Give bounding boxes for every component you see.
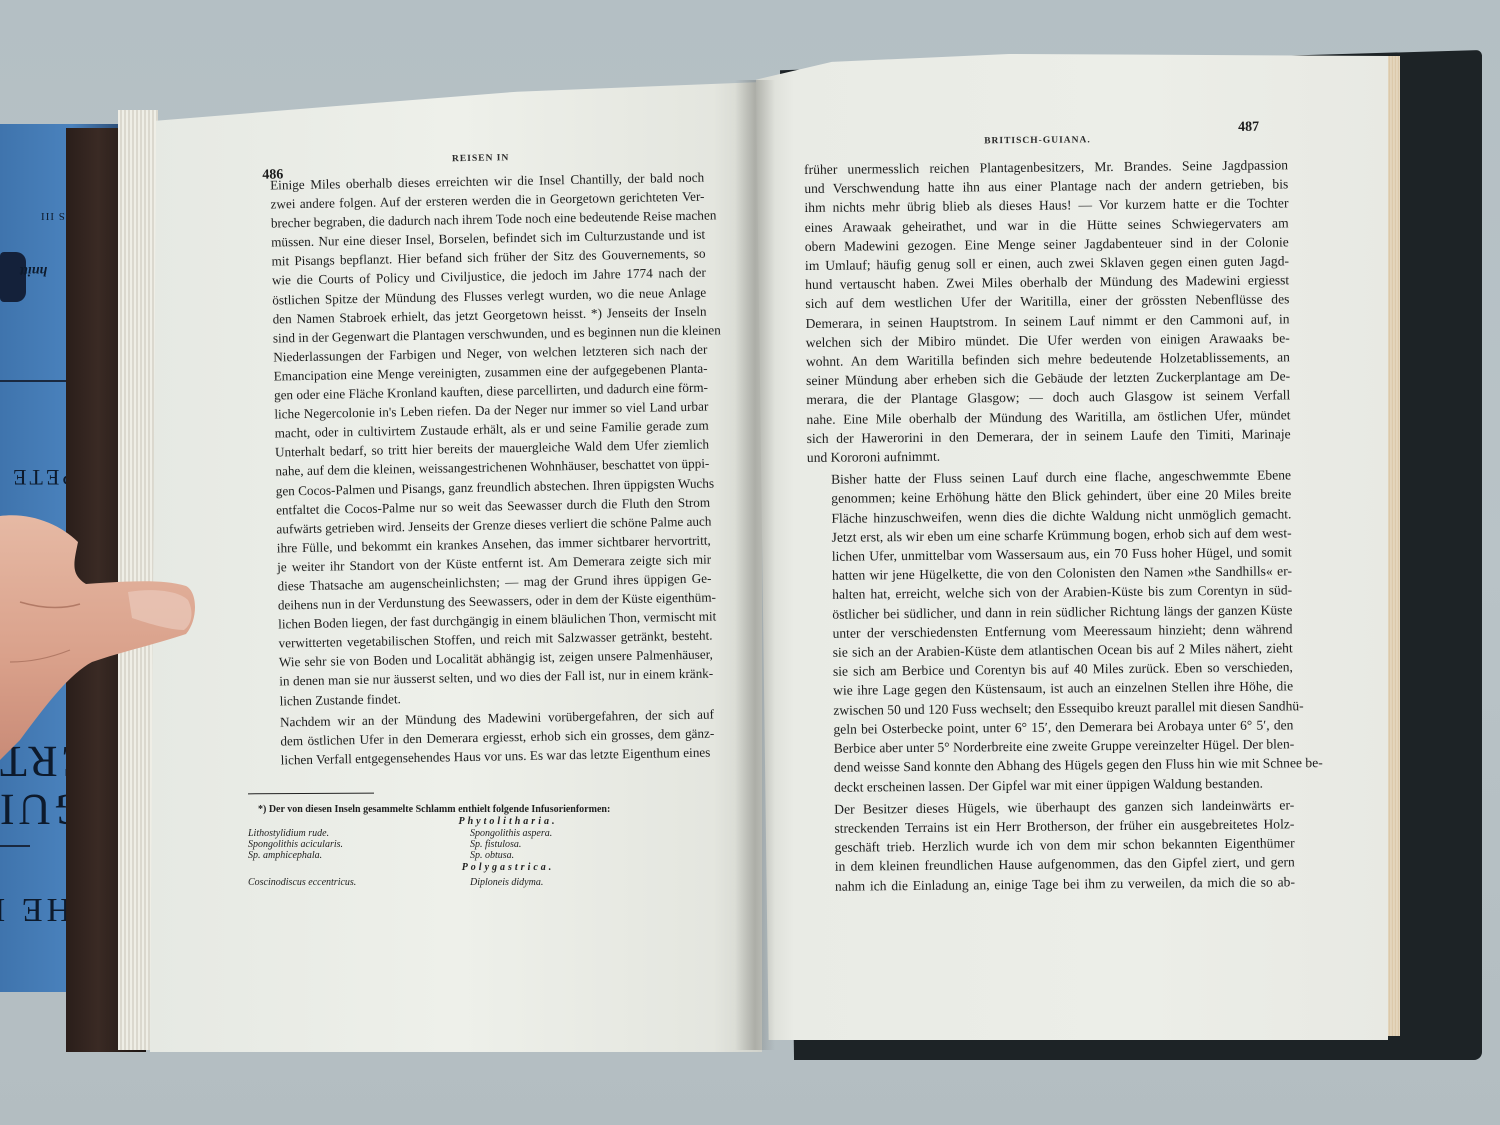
species-name: Sp. amphicephala. <box>248 850 470 861</box>
paragraph: früher unermesslich reichen Plantagenbes… <box>804 155 1291 467</box>
footnote-group-title: Phytolitharia. <box>248 816 708 827</box>
species-name: Coscinodiscus eccentricus. <box>248 877 470 888</box>
species-name: Spongolithis aspera. <box>470 828 552 839</box>
paragraph: Der Besitzer dieses Hügels, wie überhaup… <box>810 795 1295 896</box>
blue-book-text: PETE <box>10 464 75 490</box>
species-name: Lithostylidium rude. <box>248 828 470 839</box>
paragraph: Nachdem wir an der Mündung des Madewini … <box>256 704 715 770</box>
species-name: Sp. fistulosa. <box>470 839 521 850</box>
footnote-intro: *) Der von diesen Inseln gesammelte Schl… <box>248 804 708 815</box>
paragraph: Einige Miles oberhalb dieses erreichten … <box>246 168 714 711</box>
species-name: Spongolithis acicularis. <box>248 839 470 850</box>
running-head: REISEN IN <box>452 153 509 164</box>
blue-book-text: hnitt <box>20 262 47 278</box>
blue-book-rule <box>0 845 30 847</box>
species-name: Diploneis didyma. <box>470 877 543 888</box>
left-page-body: Einige Miles oberhalb dieses erreichten … <box>246 168 715 770</box>
page-number: 487 <box>1238 120 1259 136</box>
footnote-row: Sp. amphicephala. Sp. obtusa. <box>248 850 708 861</box>
text-line: und Kororoni aufnimmt. <box>807 443 1291 467</box>
running-head: BRITISCH-GUIANA. <box>984 135 1091 146</box>
paragraph: Bisher hatte der Fluss seinen Lauf durch… <box>807 466 1294 797</box>
footnote-group-title: Polygastrica. <box>248 862 708 873</box>
species-name: Sp. obtusa. <box>470 850 514 861</box>
right-page-body: früher unermesslich reichen Plantagenbes… <box>804 155 1295 895</box>
hand-holding-book <box>0 512 196 762</box>
gutter-shadow <box>735 80 775 1050</box>
footnote: *) Der von diesen Inseln gesammelte Schl… <box>248 804 708 888</box>
footnote-row: Spongolithis acicularis. Sp. fistulosa. <box>248 839 708 850</box>
footnote-row: Coscinodiscus eccentricus. Diploneis did… <box>248 877 708 888</box>
text-line: deckt erscheinen lassen. Der Gipfel war … <box>810 773 1294 797</box>
footnote-row: Lithostylidium rude. Spongolithis aspera… <box>248 828 708 839</box>
